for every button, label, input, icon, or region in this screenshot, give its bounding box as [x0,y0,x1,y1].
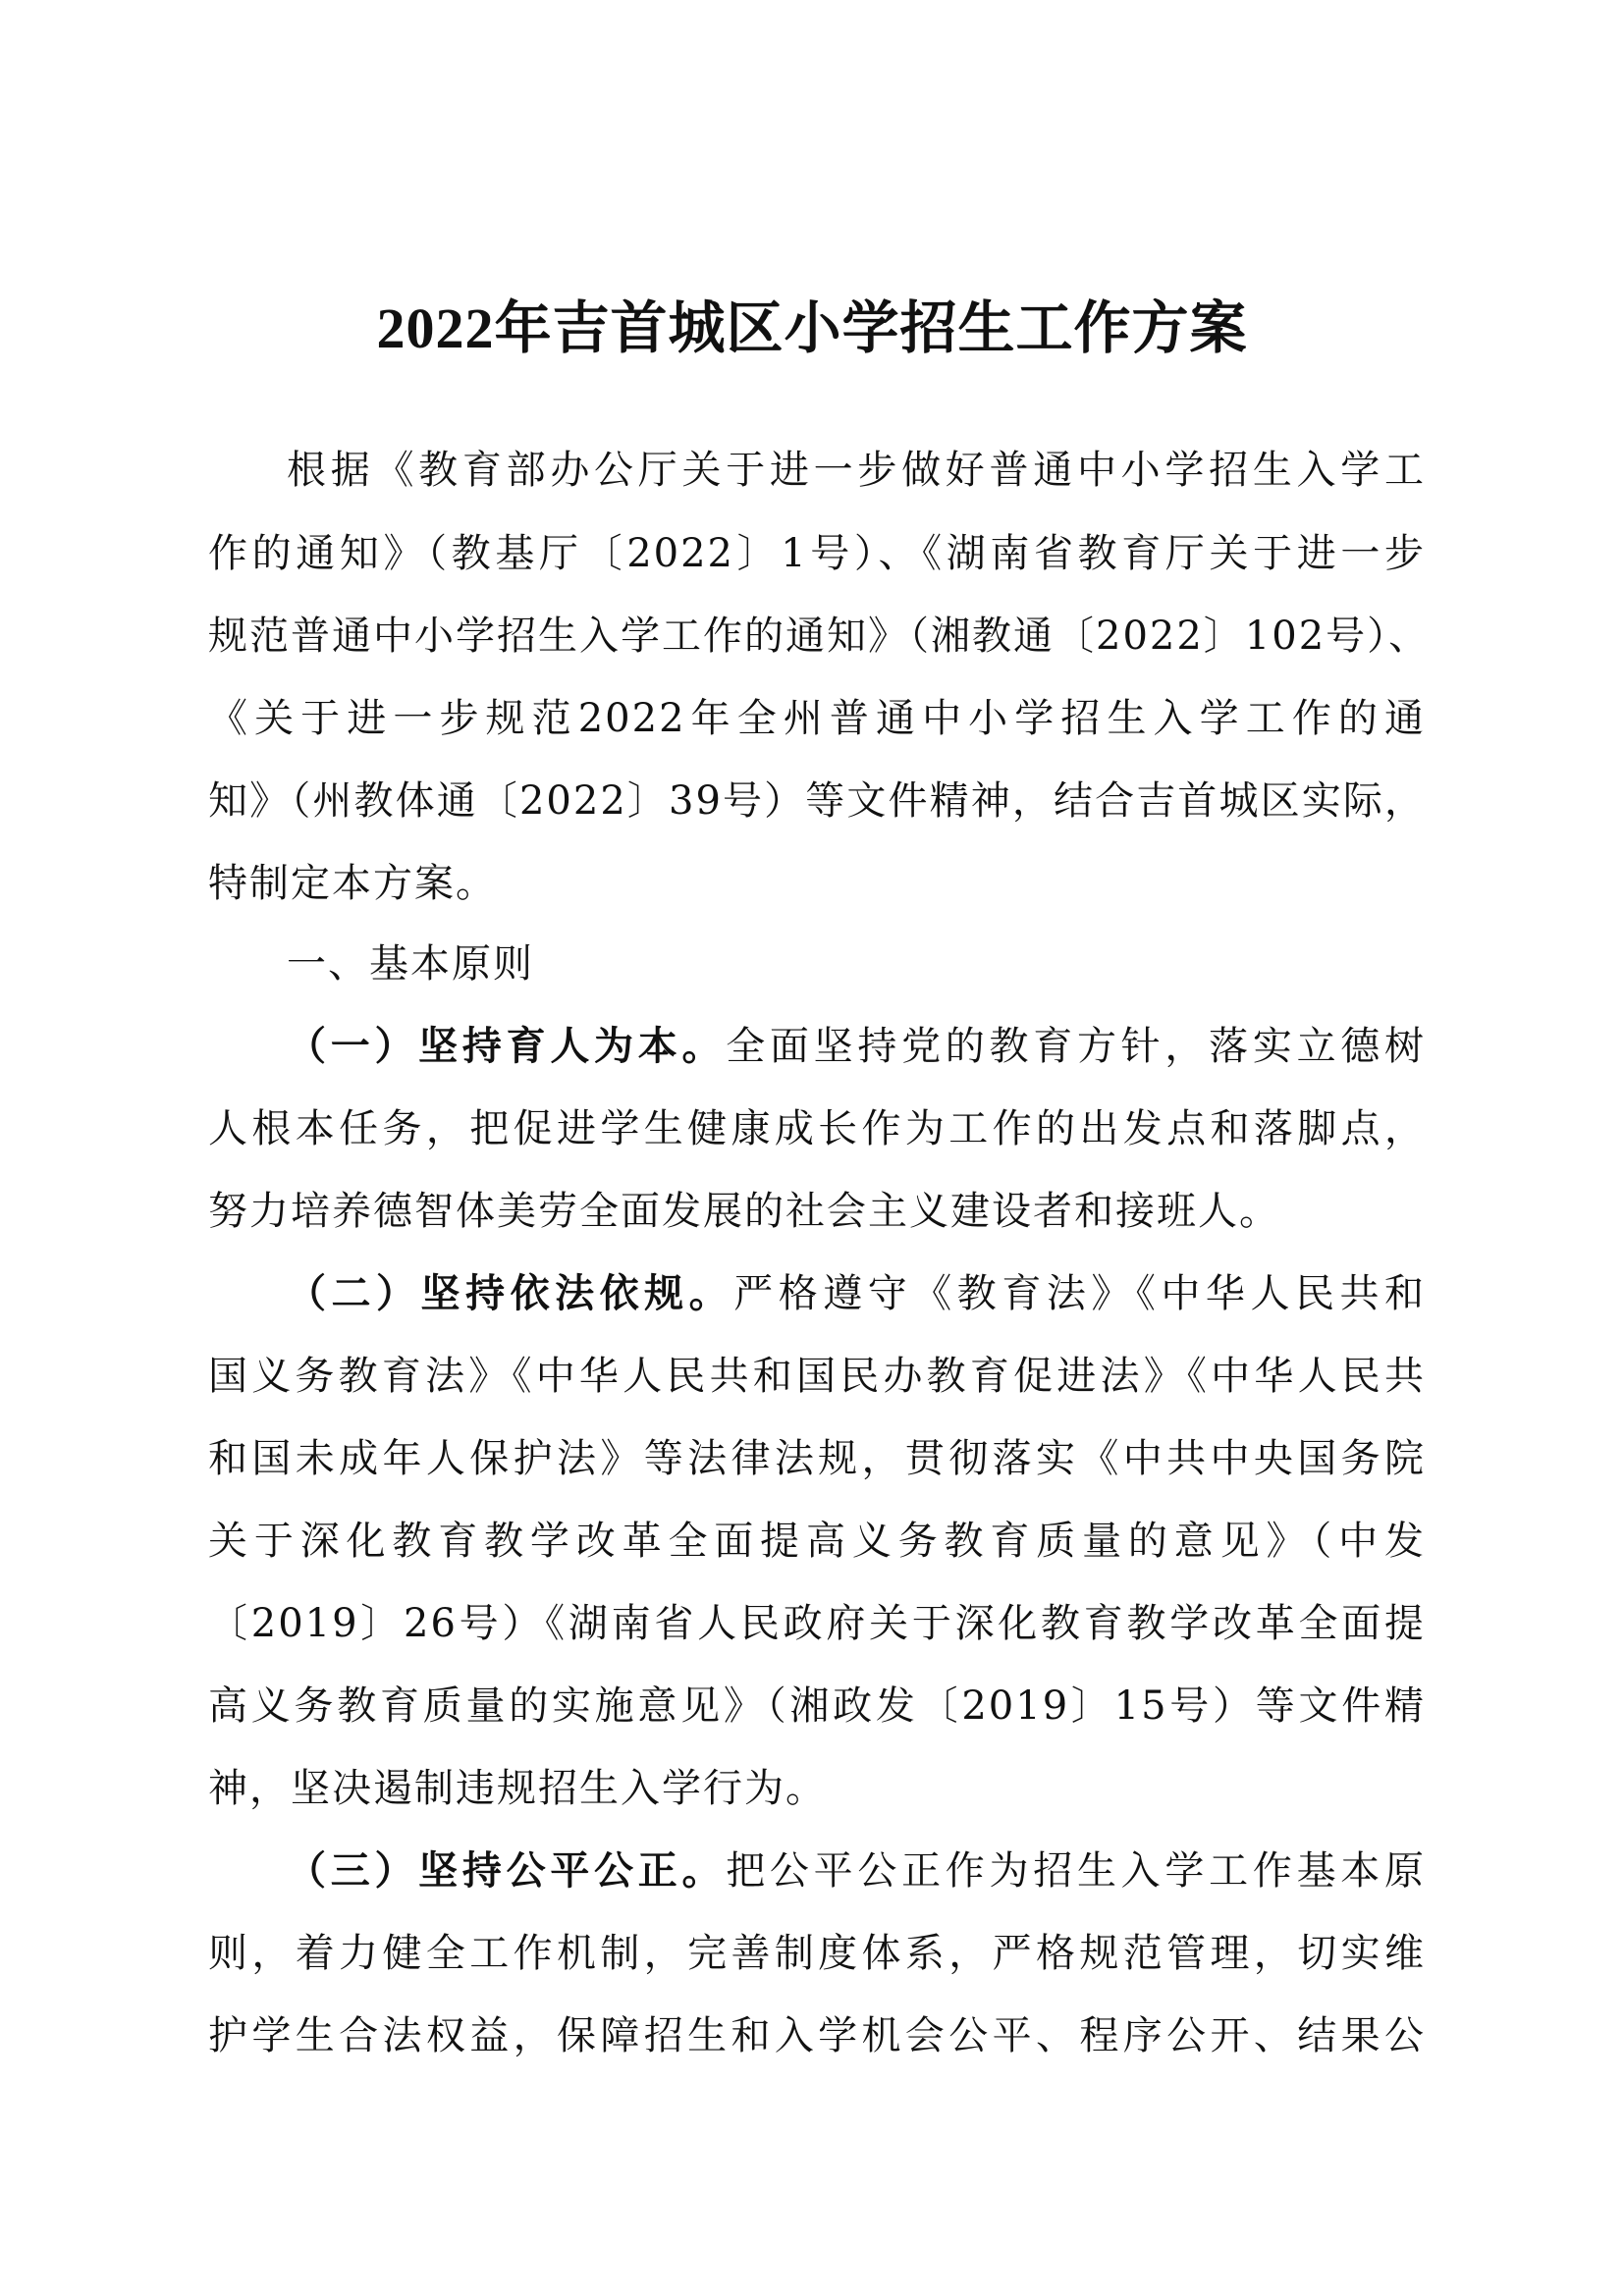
principle-line: 护学生合法权益，保障招生和入学机会公平、程序公开、结果公 [208,2012,1426,2059]
intro-line: 特制定本方案。 [208,860,1426,907]
intro-line: 规范普通中小学招生入学工作的通知》（湘教通〔2022〕102号）、 [208,613,1426,660]
principle-text: 把公平公正作为招生入学工作基本原 [726,1848,1426,1894]
principle-line: 高义务教育质量的实施意见》（湘政发〔2019〕15号）等文件精 [208,1682,1426,1730]
section-heading: 一、基本原则 [287,940,1426,988]
document-title: 2022年吉首城区小学招生工作方案 [0,294,1624,363]
intro-line: 知》（州教体通〔2022〕39号）等文件精神，结合吉首城区实际， [208,777,1426,825]
principle-text: 全面坚持党的教育方针，落实立德树 [726,1024,1426,1069]
principle-line: 努力培养德智体美劳全面发展的社会主义建设者和接班人。 [208,1188,1426,1235]
principle-label: （三）坚持公平公正。 [287,1847,726,1894]
principle-line: 和国未成年人保护法》等法律法规，贯彻落实《中共中央国务院 [208,1435,1426,1482]
principle-text: 严格遵守《教育法》《中华人民共和 [733,1271,1426,1316]
principle-label: （二）坚持依法依规。 [287,1270,733,1316]
principle-first-line: （二）坚持依法依规。严格遵守《教育法》《中华人民共和 [287,1270,1426,1317]
intro-line: 《关于进一步规范2022年全州普通中小学招生入学工作的通 [208,695,1426,742]
intro-line: 作的通知》（教基厅〔2022〕1号）、《湖南省教育厅关于进一步 [208,530,1426,577]
principle-line: 人根本任务，把促进学生健康成长作为工作的出发点和落脚点， [208,1105,1426,1152]
principle-label: （一）坚持育人为本。 [287,1023,726,1069]
principle-line: 国义务教育法》《中华人民共和国民办教育促进法》《中华人民共 [208,1353,1426,1400]
principle-line: 神，坚决遏制违规招生入学行为。 [208,1765,1426,1812]
principle-line: 〔2019〕26号）《湖南省人民政府关于深化教育教学改革全面提 [208,1600,1426,1647]
principle-line: 关于深化教育教学改革全面提高义务教育质量的意见》（中发 [208,1518,1426,1565]
intro-line: 根据《教育部办公厅关于进一步做好普通中小学招生入学工 [287,447,1426,494]
principle-line: 则，着力健全工作机制，完善制度体系，严格规范管理，切实维 [208,1930,1426,1977]
principle-first-line: （一）坚持育人为本。全面坚持党的教育方针，落实立德树 [287,1023,1426,1070]
principle-first-line: （三）坚持公平公正。把公平公正作为招生入学工作基本原 [287,1847,1426,1895]
